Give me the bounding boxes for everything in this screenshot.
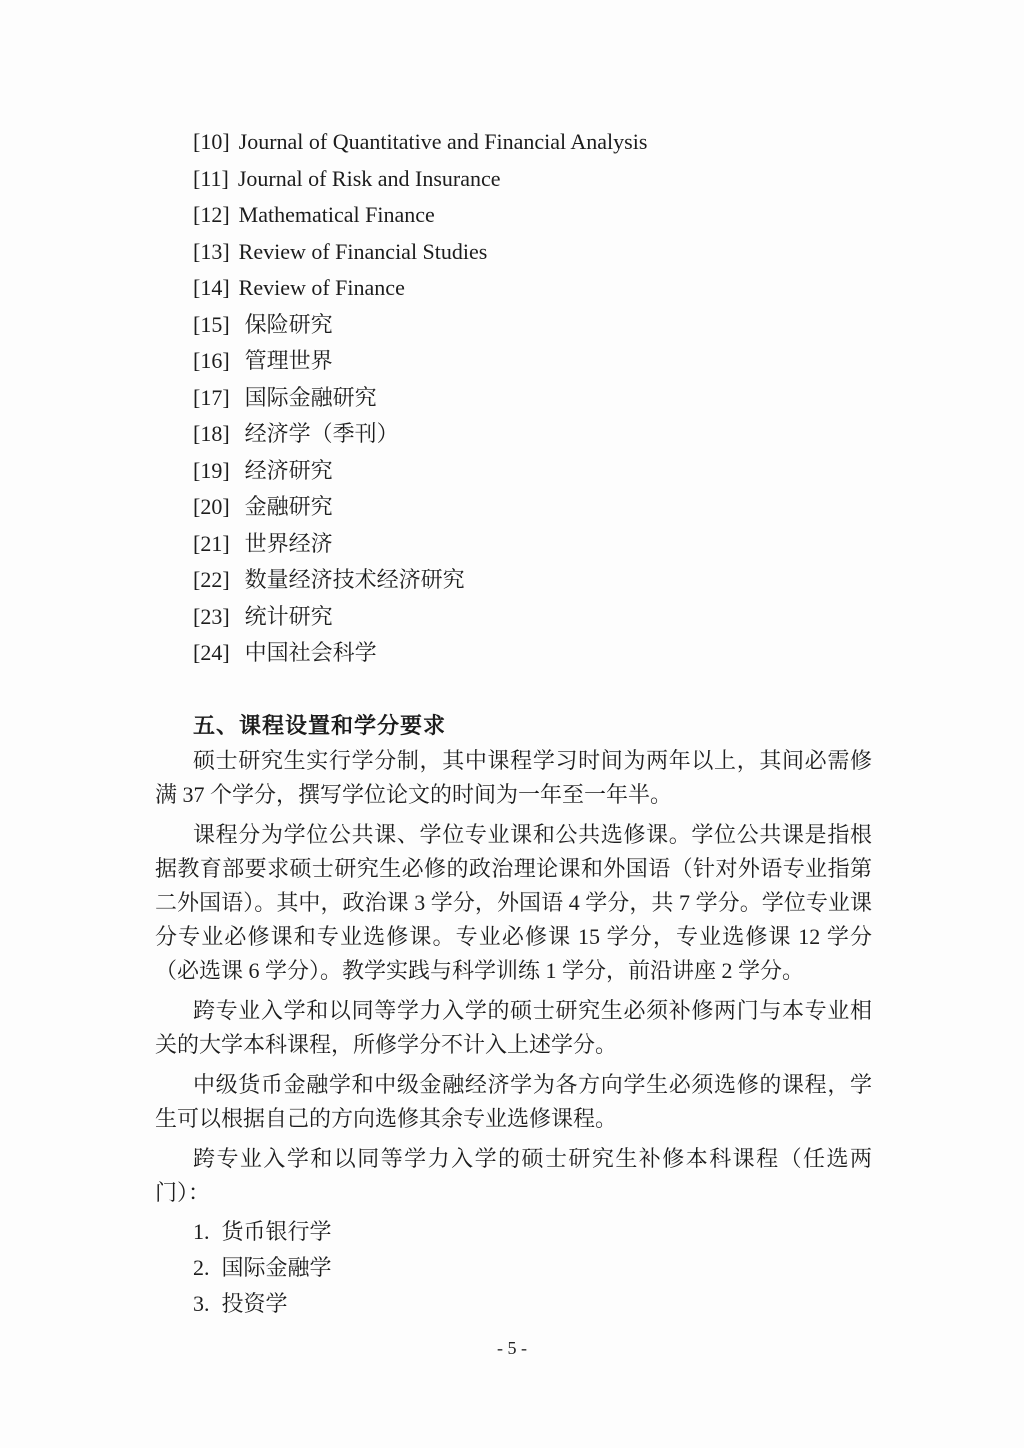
journal-item-title: 数量经济技术经济研究 [245, 567, 465, 592]
journal-item-title: Review of Financial Studies [239, 239, 488, 264]
paragraph-undergrad-course-intro: 跨专业入学和以同等学力入学的硕士研究生补修本科课程（任选两门）： [155, 1142, 872, 1210]
course-option-item: 2.国际金融学 [193, 1250, 872, 1286]
course-option-title: 投资学 [222, 1291, 288, 1316]
course-option-title: 国际金融学 [222, 1255, 332, 1280]
journal-list-item: [22]数量经济技术经济研究 [193, 562, 872, 599]
journal-item-title: 中国社会科学 [245, 640, 377, 665]
journal-item-title: Journal of Quantitative and Financial An… [239, 129, 648, 154]
journal-item-number: [21] [193, 526, 230, 563]
paragraph-cross-major-requirement: 跨专业入学和以同等学力入学的硕士研究生必须补修两门与本专业相关的大学本科课程，所… [155, 994, 872, 1062]
paragraph-course-categories: 课程分为学位公共课、学位专业课和公共选修课。学位公共课是指根据教育部要求硕士研究… [155, 818, 872, 988]
journal-item-number: [13] [193, 234, 230, 271]
course-option-number: 3. [193, 1286, 210, 1322]
journal-item-number: [23] [193, 599, 230, 636]
journal-item-number: [24] [193, 635, 230, 672]
journal-list-item: [10]Journal of Quantitative and Financia… [193, 124, 872, 161]
journal-item-title: 世界经济 [245, 531, 333, 556]
document-page: [10]Journal of Quantitative and Financia… [0, 0, 1024, 1448]
journal-list-item: [24]中国社会科学 [193, 635, 872, 672]
journal-item-number: [20] [193, 489, 230, 526]
journal-item-title: Mathematical Finance [239, 202, 435, 227]
journal-list-item: [21]世界经济 [193, 526, 872, 563]
journal-item-title: Journal of Risk and Insurance [238, 166, 501, 191]
journal-list-item: [11]Journal of Risk and Insurance [193, 161, 872, 198]
journal-item-number: [19] [193, 453, 230, 490]
journal-item-title: 金融研究 [245, 494, 333, 519]
journal-item-number: [22] [193, 562, 230, 599]
journal-reference-list: [10]Journal of Quantitative and Financia… [155, 124, 872, 672]
journal-item-number: [18] [193, 416, 230, 453]
journal-list-item: [16]管理世界 [193, 343, 872, 380]
course-option-title: 货币银行学 [222, 1219, 332, 1244]
journal-item-title: Review of Finance [239, 275, 405, 300]
journal-list-item: [23]统计研究 [193, 599, 872, 636]
journal-list-item: [14]Review of Finance [193, 270, 872, 307]
page-number: - 5 - [0, 1337, 1024, 1359]
journal-list-item: [19]经济研究 [193, 453, 872, 490]
journal-item-number: [16] [193, 343, 230, 380]
journal-item-number: [14] [193, 270, 230, 307]
journal-list-item: [17]国际金融研究 [193, 380, 872, 417]
journal-item-number: [12] [193, 197, 230, 234]
journal-item-title: 经济研究 [245, 458, 333, 483]
journal-list-item: [18]经济学（季刊） [193, 416, 872, 453]
course-option-number: 1. [193, 1214, 210, 1250]
journal-item-title: 管理世界 [245, 348, 333, 373]
journal-item-title: 统计研究 [245, 604, 333, 629]
journal-list-item: [15]保险研究 [193, 307, 872, 344]
paragraph-credits-overview: 硕士研究生实行学分制，其中课程学习时间为两年以上，其间必需修满 37 个学分，撰… [155, 744, 872, 812]
journal-list-item: [12]Mathematical Finance [193, 197, 872, 234]
journal-list-item: [20]金融研究 [193, 489, 872, 526]
course-option-item: 1.货币银行学 [193, 1214, 872, 1250]
journal-item-number: [15] [193, 307, 230, 344]
journal-item-title: 国际金融研究 [245, 385, 377, 410]
journal-item-title: 经济学（季刊） [245, 421, 399, 446]
undergrad-course-options-list: 1.货币银行学 2.国际金融学 3.投资学 [155, 1214, 872, 1322]
paragraph-required-electives: 中级货币金融学和中级金融经济学为各方向学生必须选修的课程，学生可以根据自己的方向… [155, 1068, 872, 1136]
course-option-item: 3.投资学 [193, 1286, 872, 1322]
page-content: [10]Journal of Quantitative and Financia… [0, 0, 1024, 1322]
course-option-number: 2. [193, 1250, 210, 1286]
section-heading: 五、课程设置和学分要求 [155, 708, 872, 744]
journal-item-number: [11] [193, 161, 229, 198]
journal-item-number: [10] [193, 124, 230, 161]
journal-item-number: [17] [193, 380, 230, 417]
journal-list-item: [13]Review of Financial Studies [193, 234, 872, 271]
journal-item-title: 保险研究 [245, 312, 333, 337]
